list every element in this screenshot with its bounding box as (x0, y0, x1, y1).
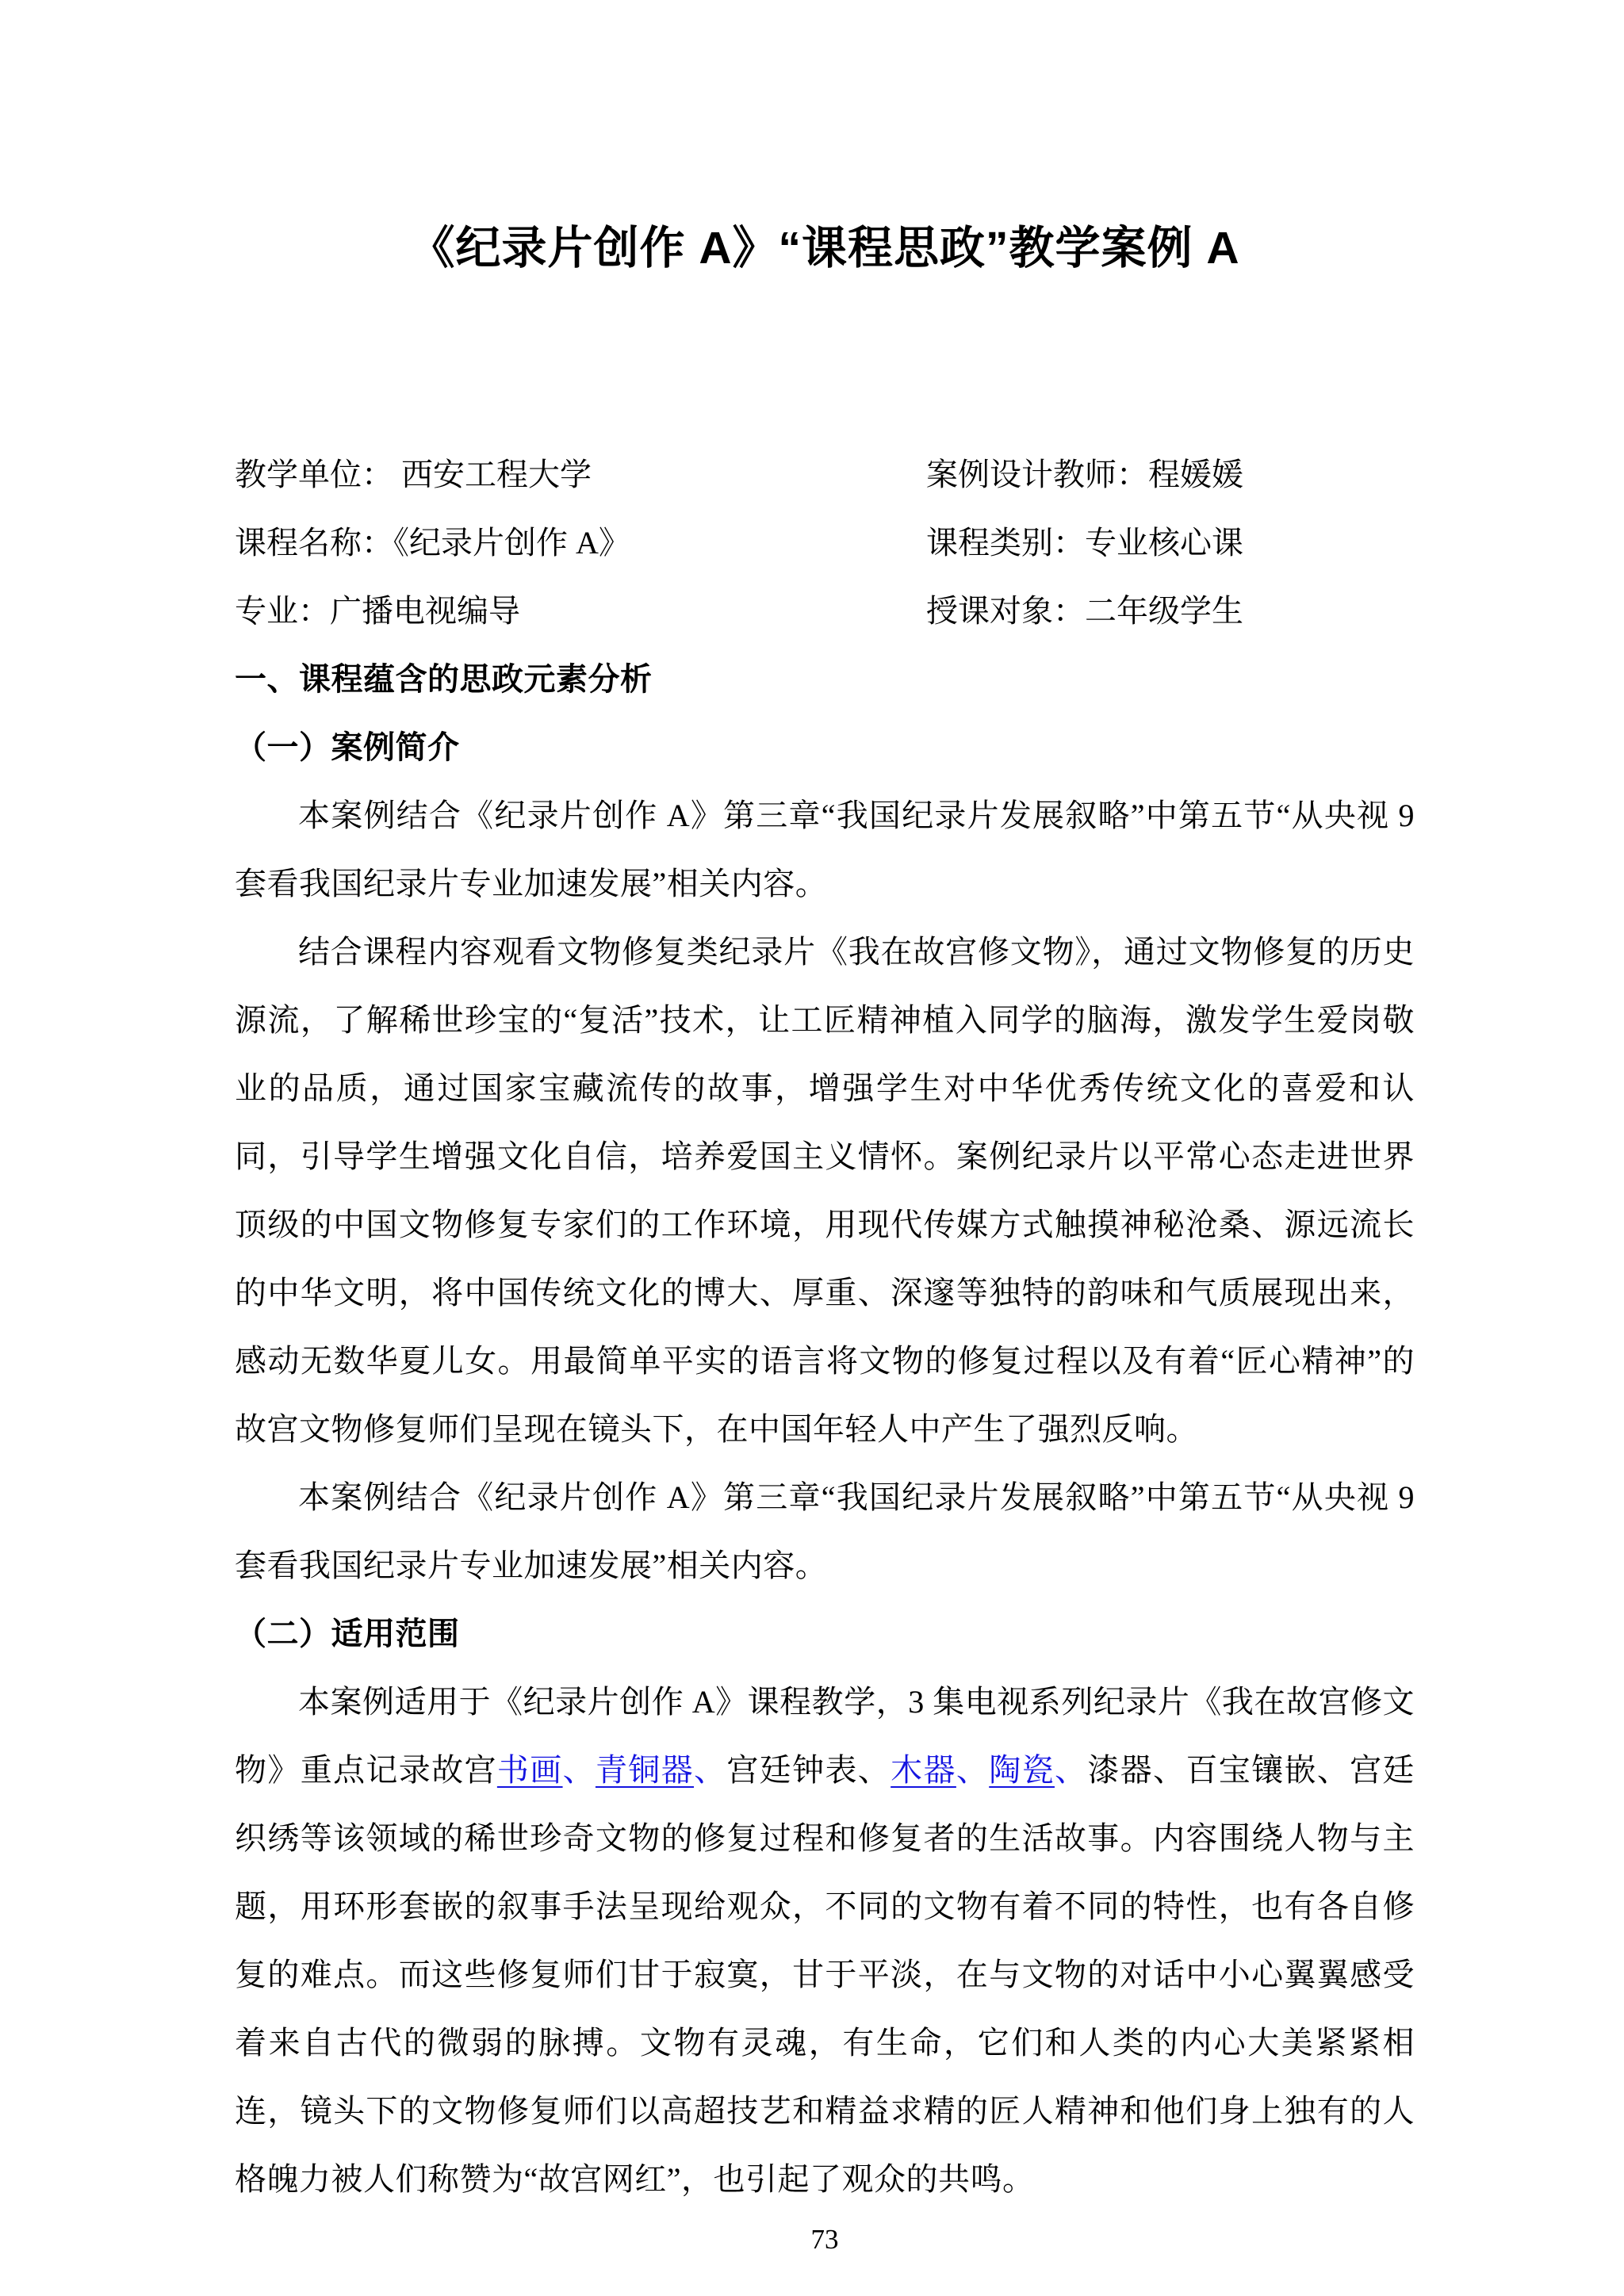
subsection-heading-scope: （二）适用范围 (235, 1600, 1415, 1668)
audience-label: 授课对象： (926, 593, 1085, 629)
course-category-label: 课程类别： (926, 525, 1085, 561)
text-segment: 漆器、百宝镶嵌、宫廷织绣等该领域的稀世珍奇文物的修复过程和修复者的生活故事。内容… (235, 1752, 1415, 2197)
metadata-left: 课程名称：《纪录片创作 A》 (235, 525, 630, 561)
teaching-unit-label: 教学单位： (235, 457, 393, 492)
link-separator: 、 (563, 1752, 596, 1788)
link-separator: 、 (1055, 1752, 1087, 1788)
case-designer-value: 程媛媛 (1148, 457, 1243, 492)
course-category-value: 专业核心课 (1085, 525, 1243, 561)
document-body: 教学单位： 西安工程大学 案例设计教师：程媛媛 课程名称：《纪录片创作 A》 课… (235, 441, 1415, 2214)
text-segment: 宫廷钟表、 (726, 1752, 891, 1788)
metadata-block: 教学单位： 西安工程大学 案例设计教师：程媛媛 课程名称：《纪录片创作 A》 课… (235, 441, 1415, 645)
paragraph-case-source-2: 本案例结合《纪录片创作 A》第三章“我国纪录片发展叙略”中第五节“从央视 9 套… (235, 1464, 1415, 1600)
link-separator: 、 (956, 1752, 989, 1788)
page-number: 73 (235, 2220, 1415, 2260)
metadata-row: 教学单位： 西安工程大学 案例设计教师：程媛媛 (235, 441, 1415, 509)
metadata-right: 课程类别：专业核心课 (926, 509, 1243, 577)
metadata-row: 专业：广播电视编导 授课对象：二年级学生 (235, 577, 1415, 645)
metadata-right: 授课对象：二年级学生 (926, 577, 1243, 645)
metadata-left: 教学单位： 西安工程大学 (235, 457, 592, 492)
major-label: 专业： (235, 593, 330, 629)
metadata-right: 案例设计教师：程媛媛 (926, 441, 1243, 509)
metadata-left: 专业：广播电视编导 (235, 593, 520, 629)
major-value: 广播电视编导 (330, 593, 520, 629)
subsection-heading-case-intro: （一）案例简介 (235, 714, 1415, 782)
hyperlink[interactable]: 青铜器 (596, 1752, 694, 1788)
hyperlink[interactable]: 陶瓷 (989, 1752, 1055, 1788)
paragraph-case-source-1: 本案例结合《纪录片创作 A》第三章“我国纪录片发展叙略”中第五节“从央视 9 套… (235, 782, 1415, 918)
hyperlink[interactable]: 书画 (497, 1752, 563, 1788)
audience-value: 二年级学生 (1085, 593, 1243, 629)
section-heading-analysis: 一、课程蕴含的思政元素分析 (235, 645, 1415, 714)
document-title: 《纪录片创作 A》“课程思政”教学案例 A (235, 214, 1415, 282)
hyperlink[interactable]: 木器 (891, 1752, 956, 1788)
paragraph-scope: 本案例适用于《纪录片创作 A》课程教学，3 集电视系列纪录片《我在故宫修文物》重… (235, 1668, 1415, 2214)
course-name-label: 课程名称： (235, 525, 393, 561)
course-name-value: 《纪录片创作 A》 (393, 525, 630, 561)
link-separator: 、 (694, 1752, 726, 1788)
case-designer-label: 案例设计教师： (926, 457, 1148, 492)
paragraph-case-description: 结合课程内容观看文物修复类纪录片《我在故宫修文物》，通过文物修复的历史源流，了解… (235, 918, 1415, 1464)
teaching-unit-value: 西安工程大学 (393, 457, 592, 492)
metadata-row: 课程名称：《纪录片创作 A》 课程类别：专业核心课 (235, 509, 1415, 577)
document-page: 《纪录片创作 A》“课程思政”教学案例 A 教学单位： 西安工程大学 案例设计教… (0, 0, 1624, 2296)
